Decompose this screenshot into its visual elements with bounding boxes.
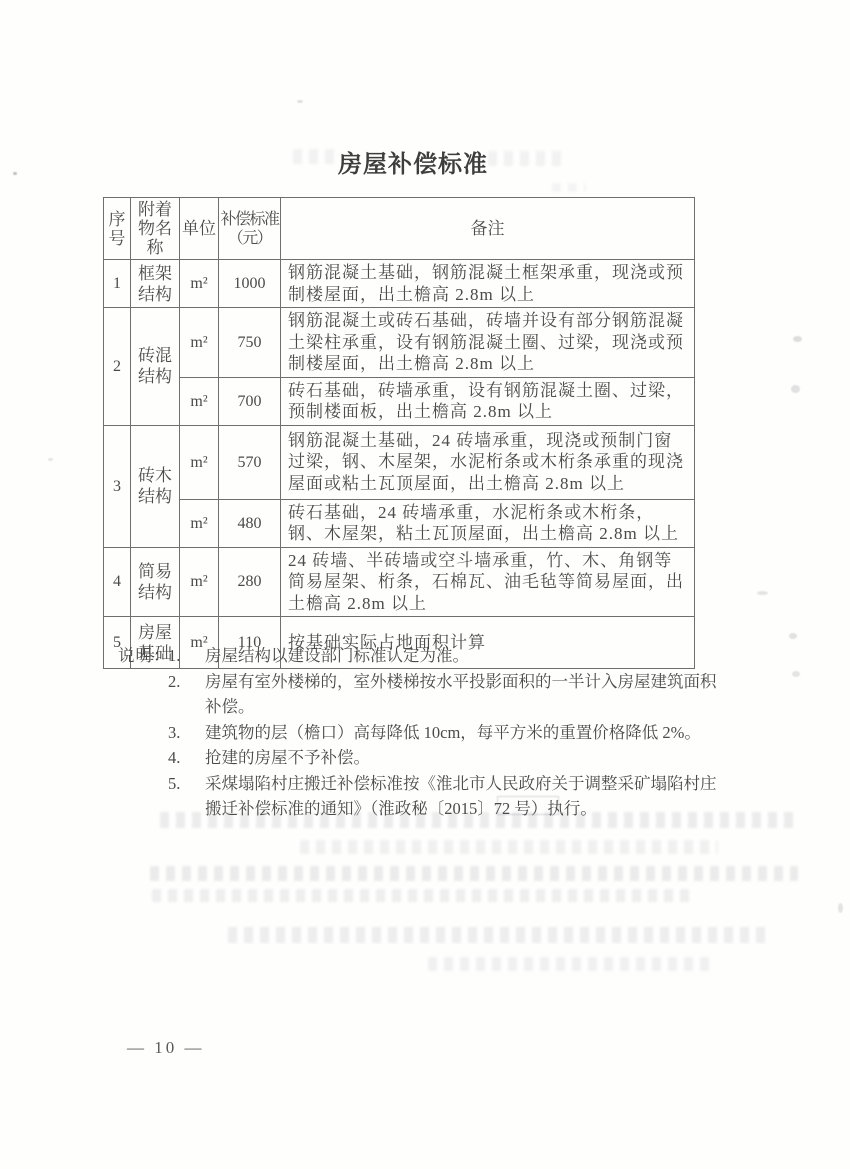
note-text: 房屋有室外楼梯的，室外楼梯按水平投影面积的一半计入房屋建筑面积补偿。 bbox=[205, 672, 717, 717]
cell-price: 280 bbox=[219, 547, 281, 617]
note-item: 2.房屋有室外楼梯的，室外楼梯按水平投影面积的一半计入房屋建筑面积补偿。 bbox=[168, 669, 720, 720]
scan-speck bbox=[297, 100, 303, 103]
note-number: 3. bbox=[168, 720, 205, 746]
cell-no: 1 bbox=[104, 260, 131, 308]
cell-no: 4 bbox=[104, 547, 131, 617]
note-text: 房屋结构以建设部门标准认定为准。 bbox=[205, 646, 469, 665]
cell-price: 750 bbox=[219, 308, 281, 378]
col-header-price: 补偿标准（元） bbox=[219, 198, 281, 260]
scan-speck bbox=[793, 336, 802, 342]
scan-speck bbox=[48, 458, 53, 461]
cell-price: 480 bbox=[219, 499, 281, 547]
cell-unit: m² bbox=[180, 260, 219, 308]
table-row: m² 480 砖石基础，24 砖墙承重，水泥桁条或木桁条，钢、木屋架，粘土瓦顶屋… bbox=[104, 499, 695, 547]
document-title: 房屋补偿标准 bbox=[0, 144, 838, 179]
cell-name: 简易结构 bbox=[131, 547, 180, 617]
cell-unit: m² bbox=[180, 547, 219, 617]
note-item: 5.采煤塌陷村庄搬迁补偿标准按《淮北市人民政府关于调整采矿塌陷村庄搬迁补偿标准的… bbox=[168, 771, 720, 822]
cell-remark: 钢筋混凝土或砖石基础，砖墙并设有部分钢筋混凝土梁柱承重，设有钢筋混凝土圈、过梁，… bbox=[281, 308, 695, 378]
note-item: 4.抢建的房屋不予补偿。 bbox=[168, 745, 720, 771]
cell-unit: m² bbox=[180, 377, 219, 425]
col-header-unit: 单位 bbox=[180, 198, 219, 260]
cell-no: 3 bbox=[104, 425, 131, 547]
note-text: 采煤塌陷村庄搬迁补偿标准按《淮北市人民政府关于调整采矿塌陷村庄搬迁补偿标准的通知… bbox=[205, 774, 717, 819]
table-header-row: 序号 附着物名称 单位 补偿标准（元） 备注 bbox=[104, 198, 695, 260]
scan-speck bbox=[757, 591, 768, 595]
bleedthrough-smudge bbox=[152, 889, 694, 902]
page-number: — 10 — bbox=[127, 1038, 205, 1058]
scan-speck bbox=[789, 633, 797, 639]
bleedthrough-smudge bbox=[228, 927, 771, 943]
table-row: 3 砖木结构 m² 570 钢筋混凝土基础，24 砖墙承重，现浇或预制门窗过梁，… bbox=[104, 425, 695, 499]
cell-no: 2 bbox=[104, 308, 131, 426]
cell-unit: m² bbox=[180, 308, 219, 378]
note-number: 5. bbox=[168, 771, 205, 797]
cell-remark: 砖石基础，砖墙承重，设有钢筋混凝土圈、过梁，预制楼面板，出土檐高 2.8m 以上 bbox=[281, 377, 695, 425]
col-header-no: 序号 bbox=[104, 198, 131, 260]
bleedthrough-smudge bbox=[552, 183, 586, 192]
cell-unit: m² bbox=[180, 425, 219, 499]
cell-remark: 砖石基础，24 砖墙承重，水泥桁条或木桁条，钢、木屋架，粘土瓦顶屋面，出土檐高 … bbox=[281, 499, 695, 547]
note-text: 抢建的房屋不予补偿。 bbox=[205, 748, 370, 767]
cell-name: 框架结构 bbox=[131, 260, 180, 308]
note-text: 建筑物的层（檐口）高每降低 10cm，每平方米的重置价格降低 2%。 bbox=[205, 723, 701, 742]
table-row: m² 700 砖石基础，砖墙承重，设有钢筋混凝土圈、过梁，预制楼面板，出土檐高 … bbox=[104, 377, 695, 425]
notes-section: 说明： 1.房屋结构以建设部门标准认定为准。 2.房屋有室外楼梯的，室外楼梯按水… bbox=[118, 643, 720, 822]
table-row: 1 框架结构 m² 1000 钢筋混凝土基础，钢筋混凝土框架承重，现浇或预制楼屋… bbox=[104, 260, 695, 308]
cell-remark: 钢筋混凝土基础，24 砖墙承重，现浇或预制门窗过梁，钢、木屋架，水泥桁条或木桁条… bbox=[281, 425, 695, 499]
cell-remark: 24 砖墙、半砖墙或空斗墙承重，竹、木、角钢等简易屋架、桁条，石棉瓦、油毛毡等简… bbox=[281, 547, 695, 617]
cell-unit: m² bbox=[180, 499, 219, 547]
cell-price: 700 bbox=[219, 377, 281, 425]
note-number: 4. bbox=[168, 745, 205, 771]
note-item: 1.房屋结构以建设部门标准认定为准。 bbox=[168, 643, 720, 669]
scan-speck bbox=[838, 903, 843, 913]
note-item: 3.建筑物的层（檐口）高每降低 10cm，每平方米的重置价格降低 2%。 bbox=[168, 720, 720, 746]
document-page: 房屋补偿标准 序号 附着物名称 单位 补偿标准（元） 备注 1 框架结构 m² … bbox=[0, 0, 850, 1169]
scan-speck bbox=[792, 671, 800, 677]
bleedthrough-smudge bbox=[428, 957, 711, 971]
col-header-name: 附着物名称 bbox=[131, 198, 180, 260]
cell-price: 570 bbox=[219, 425, 281, 499]
bleedthrough-smudge bbox=[150, 866, 798, 881]
cell-remark: 钢筋混凝土基础，钢筋混凝土框架承重，现浇或预制楼屋面，出土檐高 2.8m 以上 bbox=[281, 260, 695, 308]
cell-name: 砖木结构 bbox=[131, 425, 180, 547]
note-number: 2. bbox=[168, 669, 205, 695]
col-header-remark: 备注 bbox=[281, 198, 695, 260]
compensation-table: 序号 附着物名称 单位 补偿标准（元） 备注 1 框架结构 m² 1000 钢筋… bbox=[103, 197, 695, 669]
note-number: 1. bbox=[168, 643, 205, 669]
scan-speck bbox=[791, 385, 800, 393]
table-row: 4 简易结构 m² 280 24 砖墙、半砖墙或空斗墙承重，竹、木、角钢等简易屋… bbox=[104, 547, 695, 617]
notes-label: 说明： bbox=[118, 643, 171, 669]
cell-price: 1000 bbox=[219, 260, 281, 308]
cell-name: 砖混结构 bbox=[131, 308, 180, 426]
table-row: 2 砖混结构 m² 750 钢筋混凝土或砖石基础，砖墙并设有部分钢筋混凝土梁柱承… bbox=[104, 308, 695, 378]
bleedthrough-smudge bbox=[300, 840, 718, 854]
